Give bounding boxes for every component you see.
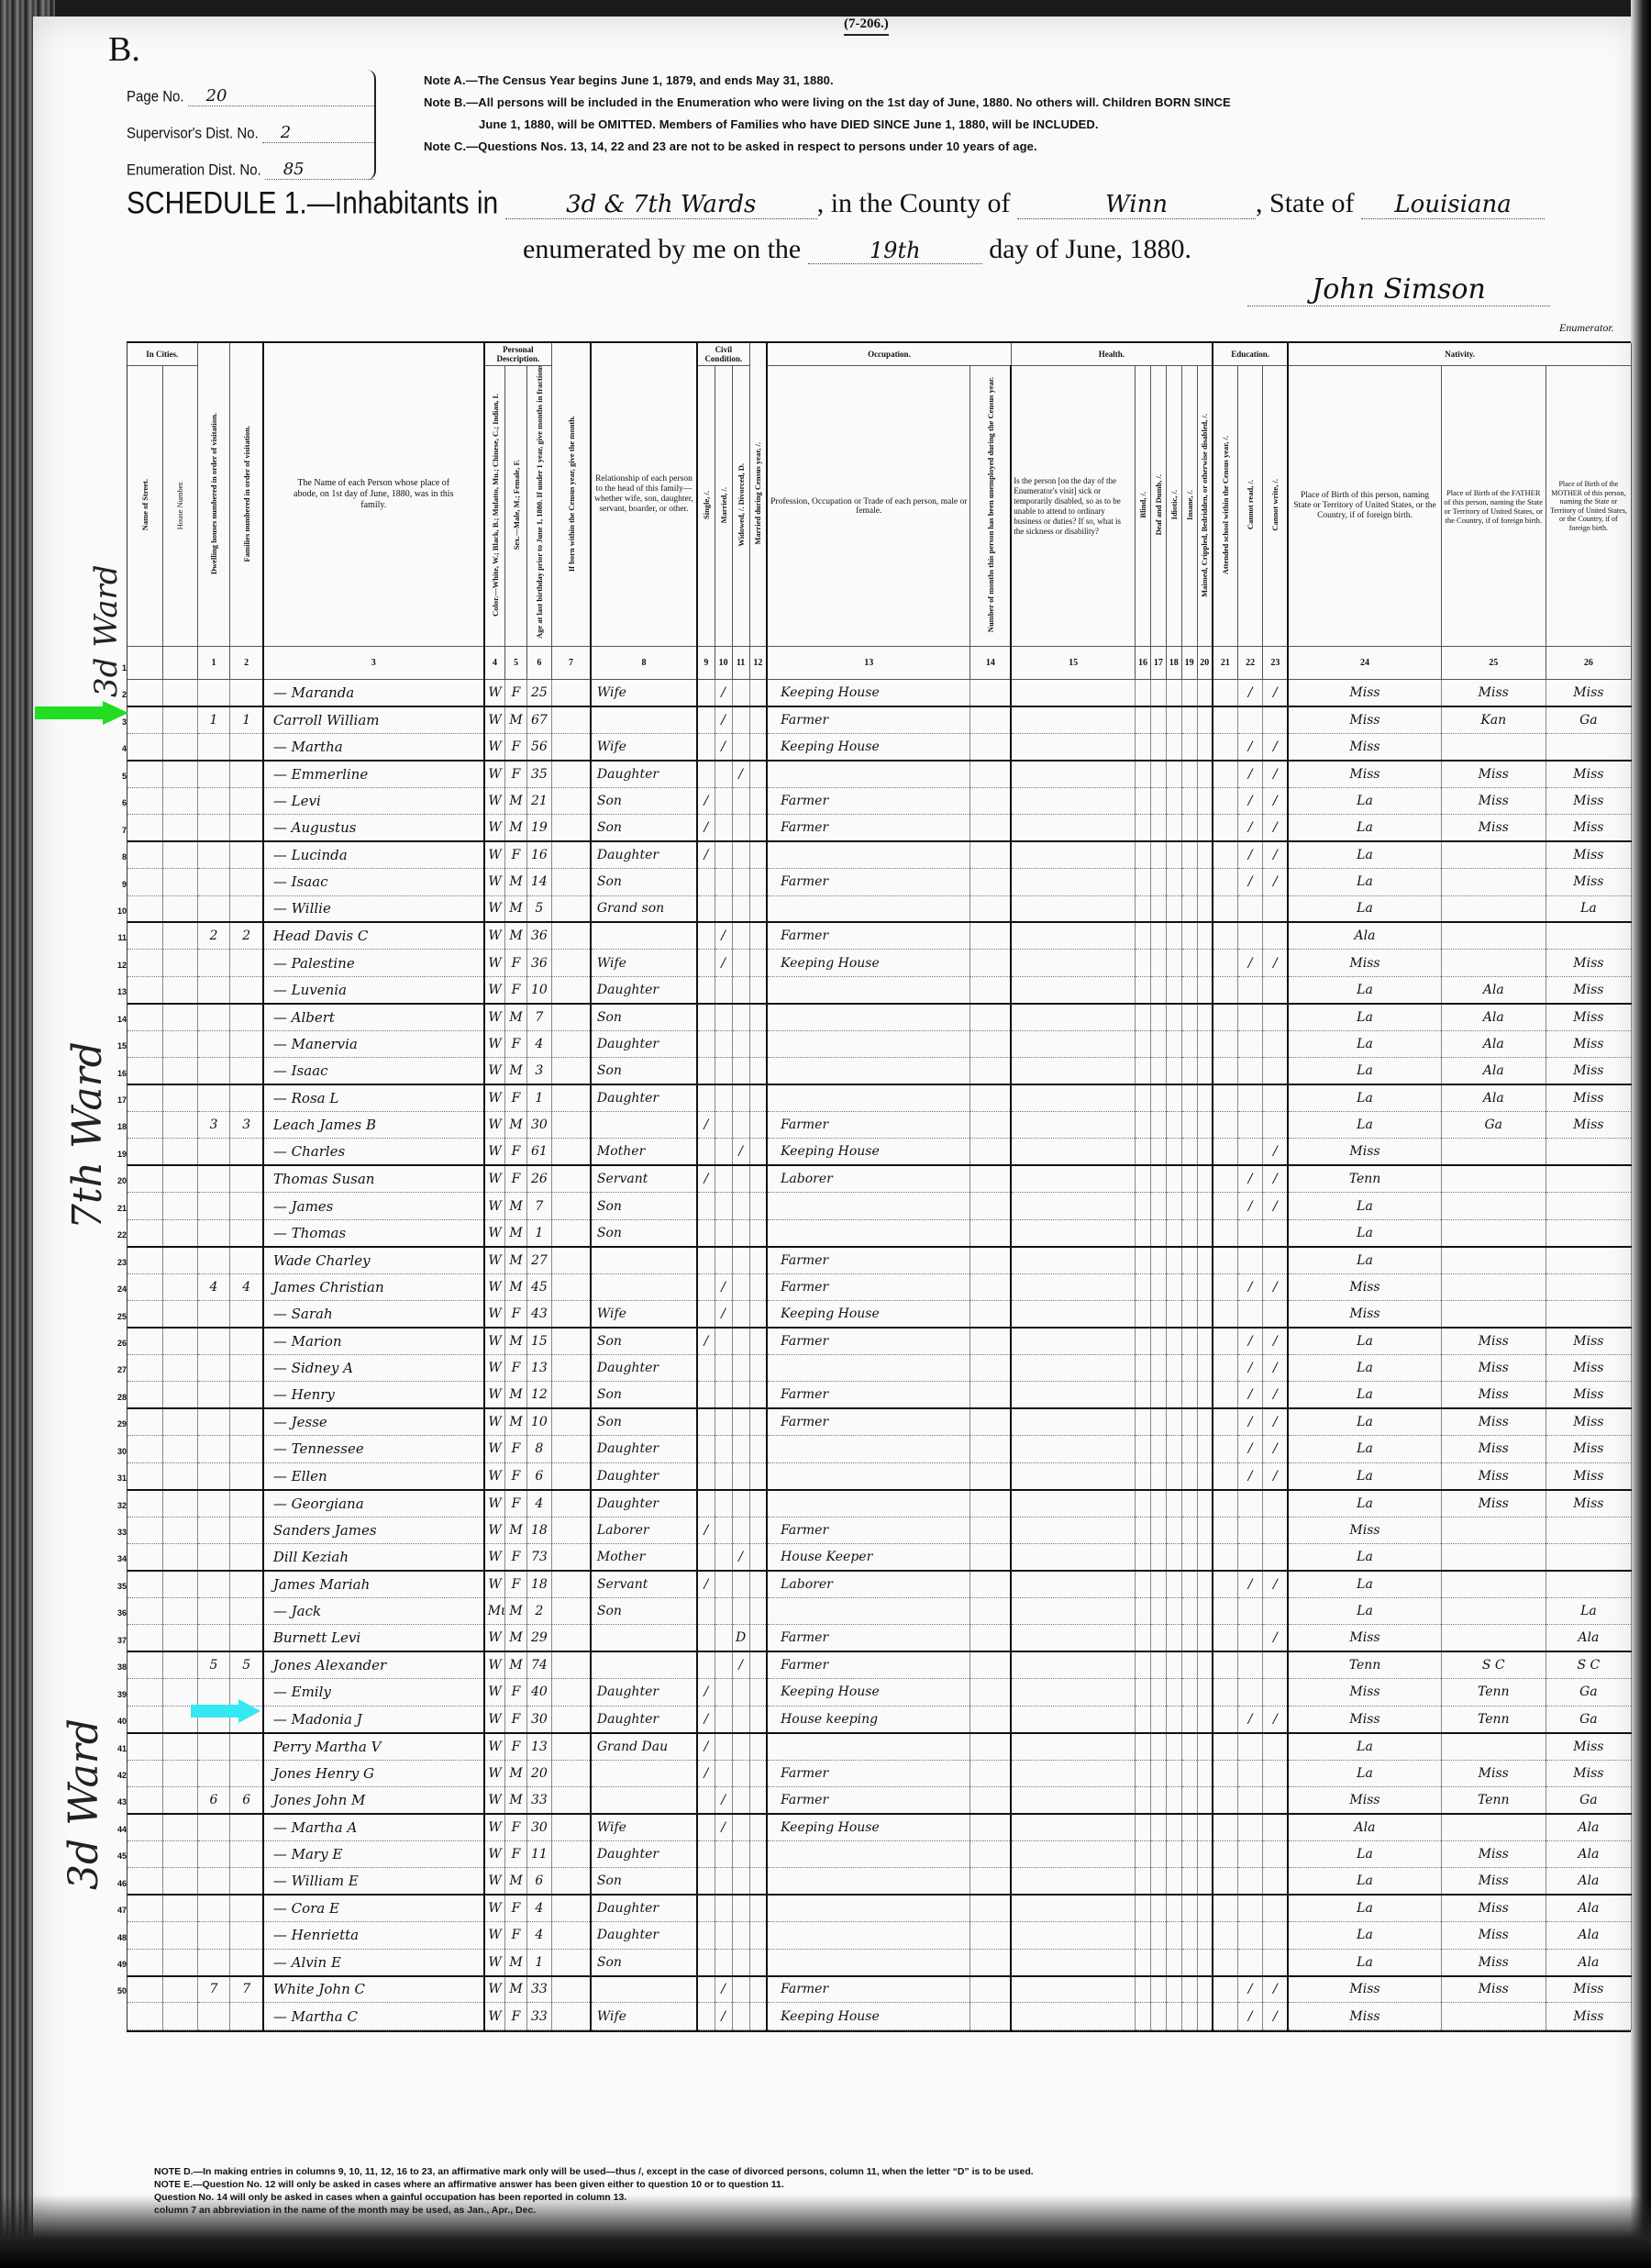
col-num: 5 (505, 647, 526, 680)
cell-rel (591, 1247, 697, 1273)
cell-house (162, 1030, 197, 1057)
col-num: 22 (1237, 647, 1262, 680)
cell-age: 61 (526, 1139, 551, 1165)
cell-read: / (1237, 815, 1262, 841)
cell-father: Tenn (1441, 1786, 1546, 1813)
cell-sex: M (505, 1112, 526, 1139)
cell-unemp (970, 1922, 1011, 1949)
cell-single (697, 1976, 715, 2003)
cell-mother: Miss (1546, 1490, 1631, 1517)
cell-name: — Isaac (263, 869, 484, 895)
cell-month (552, 1273, 591, 1300)
cell-mother: Ala (1546, 1625, 1631, 1651)
cell-insane (1181, 1436, 1197, 1462)
cell-birth: Miss (1288, 1301, 1441, 1328)
line-number: 32 (106, 1493, 127, 1519)
cell-school (1213, 1733, 1237, 1760)
cell-mother: Miss (1546, 1760, 1631, 1786)
cell-maimed (1197, 1382, 1213, 1408)
cell-sick (1011, 1976, 1135, 2003)
col-num: 18 (1166, 647, 1181, 680)
cell-sex: M (505, 1760, 526, 1786)
cell-father: Tenn (1441, 1679, 1546, 1706)
page-number-value: 20 (188, 88, 374, 106)
cell-dw (197, 1868, 230, 1895)
cell-street (127, 1733, 162, 1760)
cell-month (552, 1462, 591, 1489)
cell-write (1263, 1868, 1288, 1895)
cell-read: / (1237, 733, 1262, 760)
cell-mother: Ga (1546, 1679, 1631, 1706)
cell-read (1237, 1247, 1262, 1273)
margin-ward-3d-bottom: 3d Ward (61, 1718, 107, 1890)
cell-father: Miss (1441, 1976, 1546, 2003)
header-months-unemployed: Number of months this person has been un… (986, 377, 995, 632)
cell-sex: F (505, 1084, 526, 1111)
col-num: 7 (552, 647, 591, 680)
cell-married (715, 1679, 732, 1706)
cell-occ (767, 895, 970, 922)
cell-sick (1011, 1462, 1135, 1489)
cell-school (1213, 1219, 1237, 1246)
cell-name: James Mariah (263, 1571, 484, 1597)
cell-birth: La (1288, 787, 1441, 814)
cell-insane (1181, 922, 1197, 949)
cell-widowed (732, 1814, 749, 1840)
cell-sick (1011, 1354, 1135, 1381)
table-row: — ThomasWM1SonLa (127, 1219, 1632, 1246)
cell-house (162, 1786, 197, 1813)
line-number: 46 (106, 1871, 127, 1897)
cell-read (1237, 1004, 1262, 1030)
cell-color: W (484, 1030, 505, 1057)
cell-rel: Son (591, 1219, 697, 1246)
cell-school (1213, 950, 1237, 976)
cell-write: / (1263, 841, 1288, 868)
cell-house (162, 841, 197, 868)
cell-fam (230, 1868, 263, 1895)
cell-age: 16 (526, 841, 551, 868)
col-num: 3 (263, 647, 484, 680)
cell-single: / (697, 1679, 715, 1706)
cell-father (1441, 2003, 1546, 2029)
cell-street (127, 1139, 162, 1165)
cell-unemp (970, 1571, 1011, 1597)
cell-sick (1011, 1058, 1135, 1084)
cell-mcy (749, 1679, 767, 1706)
table-row: — WillieWM5Grand sonLaLa (127, 895, 1632, 922)
cell-rel: Servant (591, 1165, 697, 1192)
cell-color: W (484, 1922, 505, 1949)
cell-write (1263, 1895, 1288, 1921)
cell-mcy (749, 1651, 767, 1678)
cell-single (697, 1301, 715, 1328)
cell-street (127, 815, 162, 841)
cell-read (1237, 1625, 1262, 1651)
page-number-row: Page No. 20 (127, 88, 374, 125)
cell-sex: M (505, 1382, 526, 1408)
cell-dw (197, 1382, 230, 1408)
cell-rel (591, 1760, 697, 1786)
cell-insane (1181, 680, 1197, 706)
cell-dw: 2 (197, 922, 230, 949)
cell-widowed (732, 1084, 749, 1111)
cell-deaf (1150, 1328, 1166, 1354)
line-number: 24 (106, 1276, 127, 1303)
cell-mother (1546, 1571, 1631, 1597)
cell-occ: Farmer (767, 922, 970, 949)
cell-color: W (484, 733, 505, 760)
cell-age: 40 (526, 1679, 551, 1706)
cell-street (127, 1625, 162, 1651)
cell-color: W (484, 761, 505, 787)
cell-fam (230, 841, 263, 868)
cell-blind (1136, 895, 1151, 922)
cell-name: — Henry (263, 1382, 484, 1408)
line-number: 10 (106, 898, 127, 925)
cell-month (552, 841, 591, 868)
cell-unemp (970, 1625, 1011, 1651)
cell-month (552, 1058, 591, 1084)
cell-read: / (1237, 1706, 1262, 1732)
cell-insane (1181, 976, 1197, 1003)
cell-maimed (1197, 1193, 1213, 1219)
cell-sex: M (505, 1949, 526, 1975)
cell-blind (1136, 1139, 1151, 1165)
cell-fam (230, 1436, 263, 1462)
cell-insane (1181, 1922, 1197, 1949)
cell-age: 1 (526, 1219, 551, 1246)
cell-blind (1136, 1328, 1151, 1354)
cell-sex: F (505, 680, 526, 706)
cell-write (1263, 1112, 1288, 1139)
cell-maimed (1197, 1706, 1213, 1732)
cell-school (1213, 1328, 1237, 1354)
line-number: 13 (106, 979, 127, 1006)
cell-dw (197, 1165, 230, 1192)
cell-unemp (970, 1408, 1011, 1435)
cell-unemp (970, 680, 1011, 706)
table-row: 22Head Davis CWM36/FarmerAla (127, 922, 1632, 949)
cell-birth: La (1288, 869, 1441, 895)
cell-single (697, 761, 715, 787)
cell-school (1213, 1084, 1237, 1111)
cell-deaf (1150, 1625, 1166, 1651)
cell-mcy (749, 895, 767, 922)
cell-school (1213, 1895, 1237, 1921)
cell-occ: Farmer (767, 1382, 970, 1408)
table-row: Wade CharleyWM27FarmerLa (127, 1247, 1632, 1273)
cell-rel: Daughter (591, 1354, 697, 1381)
cell-mother: Ala (1546, 1922, 1631, 1949)
schedule-title: SCHEDULE 1.—Inhabitants in (127, 185, 498, 221)
cell-unemp (970, 1301, 1011, 1328)
cell-sick (1011, 706, 1135, 733)
cell-read (1237, 1058, 1262, 1084)
cell-unemp (970, 1949, 1011, 1975)
cell-insane (1181, 1219, 1197, 1246)
cell-school (1213, 1544, 1237, 1571)
cell-name: Perry Martha V (263, 1733, 484, 1760)
cell-school (1213, 1247, 1237, 1273)
cell-mother: Miss (1546, 1112, 1631, 1139)
cell-mother: Miss (1546, 761, 1631, 787)
cell-color: W (484, 1490, 505, 1517)
cell-occ (767, 976, 970, 1003)
cell-unemp (970, 1679, 1011, 1706)
cell-sex: M (505, 1058, 526, 1084)
cell-read: / (1237, 1408, 1262, 1435)
cell-insane (1181, 1030, 1197, 1057)
margin-ward-7th: 7th Ward (64, 1041, 111, 1229)
table-row: — JamesWM7Son//La (127, 1193, 1632, 1219)
cell-maimed (1197, 895, 1213, 922)
col-num: 13 (767, 647, 970, 680)
cell-maimed (1197, 1219, 1213, 1246)
cell-unemp (970, 1544, 1011, 1571)
cell-fam (230, 1247, 263, 1273)
header-cannot-write: Cannot write, /. (1270, 479, 1280, 531)
cell-deaf (1150, 1084, 1166, 1111)
cell-single (697, 1084, 715, 1111)
cell-sex: F (505, 1733, 526, 1760)
cell-birth: La (1288, 1571, 1441, 1597)
cell-unemp (970, 1840, 1011, 1867)
cell-blind (1136, 1517, 1151, 1543)
cell-mother (1546, 1301, 1631, 1328)
cell-school (1213, 1004, 1237, 1030)
cell-idiot (1166, 976, 1181, 1003)
cell-occ: Keeping House (767, 1814, 970, 1840)
cell-idiot (1166, 1408, 1181, 1435)
cell-month (552, 1436, 591, 1462)
cell-sick (1011, 1760, 1135, 1786)
cell-street (127, 1679, 162, 1706)
cell-school (1213, 1922, 1237, 1949)
cell-rel: Daughter (591, 1706, 697, 1732)
table-row: — MarionWM15Son/Farmer//LaMissMiss (127, 1328, 1632, 1354)
cell-color: W (484, 1733, 505, 1760)
cell-mcy (749, 841, 767, 868)
cell-age: 33 (526, 1786, 551, 1813)
cell-house (162, 895, 197, 922)
cell-write: / (1263, 1165, 1288, 1192)
cell-occ: Keeping House (767, 2003, 970, 2029)
cell-maimed (1197, 1139, 1213, 1165)
line-number: 45 (106, 1843, 127, 1870)
cell-street (127, 1382, 162, 1408)
cell-widowed (732, 1733, 749, 1760)
cell-birth: La (1288, 1840, 1441, 1867)
cell-street (127, 1490, 162, 1517)
cell-blind (1136, 1786, 1151, 1813)
cell-occ (767, 1949, 970, 1975)
cell-occ: Farmer (767, 1408, 970, 1435)
cell-fam: 4 (230, 1273, 263, 1300)
cell-age: 25 (526, 680, 551, 706)
cell-birth: La (1288, 1112, 1441, 1139)
cell-idiot (1166, 1868, 1181, 1895)
col-num: 19 (1181, 647, 1197, 680)
cell-school (1213, 1193, 1237, 1219)
cell-write (1263, 1030, 1288, 1057)
cell-widowed (732, 1490, 749, 1517)
cell-rel (591, 1976, 697, 2003)
cell-house (162, 950, 197, 976)
line-number: 35 (106, 1573, 127, 1600)
date-suffix: day of June, 1880. (989, 234, 1191, 264)
cell-blind (1136, 1976, 1151, 2003)
cell-sick (1011, 1679, 1135, 1706)
cell-married (715, 1490, 732, 1517)
cell-age: 45 (526, 1273, 551, 1300)
cell-street (127, 1597, 162, 1624)
cell-age: 1 (526, 1949, 551, 1975)
cell-widowed (732, 1004, 749, 1030)
cell-dw (197, 1084, 230, 1111)
cell-blind (1136, 1354, 1151, 1381)
cell-age: 21 (526, 787, 551, 814)
cell-rel: Grand Dau (591, 1733, 697, 1760)
cell-read (1237, 1597, 1262, 1624)
cell-fam (230, 1219, 263, 1246)
cell-sex: M (505, 1408, 526, 1435)
cell-rel: Daughter (591, 1030, 697, 1057)
cell-color: W (484, 1408, 505, 1435)
table-row: — EmilyWF40Daughter/Keeping HouseMissTen… (127, 1679, 1632, 1706)
cell-sex: M (505, 869, 526, 895)
cell-dw (197, 1193, 230, 1219)
cell-insane (1181, 761, 1197, 787)
cell-mother: Ala (1546, 1868, 1631, 1895)
cell-rel (591, 1273, 697, 1300)
cell-idiot (1166, 2003, 1181, 2029)
cell-sex: M (505, 1273, 526, 1300)
cell-street (127, 1436, 162, 1462)
table-row: — EllenWF6Daughter//LaMissMiss (127, 1462, 1632, 1489)
line-number: 5 (106, 763, 127, 790)
cell-mother (1546, 1139, 1631, 1165)
cell-father (1441, 1273, 1546, 1300)
cell-widowed (732, 2003, 749, 2029)
cell-house (162, 869, 197, 895)
cell-widowed (732, 1354, 749, 1381)
cell-color: W (484, 680, 505, 706)
cell-unemp (970, 1733, 1011, 1760)
cell-unemp (970, 1165, 1011, 1192)
cell-dw (197, 1895, 230, 1921)
cell-father: Miss (1441, 1490, 1546, 1517)
cell-house (162, 1922, 197, 1949)
cell-read (1237, 1786, 1262, 1813)
col-num: 23 (1263, 647, 1288, 680)
cell-married (715, 869, 732, 895)
cell-month (552, 1490, 591, 1517)
line-number: 43 (106, 1789, 127, 1816)
cell-married: / (715, 1786, 732, 1813)
cell-school (1213, 1462, 1237, 1489)
cell-dw (197, 1462, 230, 1489)
cell-color: W (484, 1786, 505, 1813)
table-row: Sanders JamesWM18Laborer/FarmerMiss (127, 1517, 1632, 1543)
cell-occ: Farmer (767, 787, 970, 814)
cell-maimed (1197, 1112, 1213, 1139)
cell-read (1237, 895, 1262, 922)
cell-mother: Miss (1546, 815, 1631, 841)
table-row: — Rosa LWF1DaughterLaAlaMiss (127, 1084, 1632, 1111)
cell-write (1263, 895, 1288, 922)
cell-sex: F (505, 1895, 526, 1921)
cell-birth: La (1288, 815, 1441, 841)
state-label: , State of (1256, 188, 1354, 218)
cell-widowed (732, 976, 749, 1003)
cell-school (1213, 1976, 1237, 2003)
cell-rel: Wife (591, 733, 697, 760)
cell-insane (1181, 1625, 1197, 1651)
cell-birth: Miss (1288, 1273, 1441, 1300)
cell-married: / (715, 1976, 732, 2003)
cell-father: Miss (1441, 761, 1546, 787)
table-row: — TennesseeWF8Daughter//LaMissMiss (127, 1436, 1632, 1462)
cell-occ: Keeping House (767, 1139, 970, 1165)
cell-widowed (732, 1328, 749, 1354)
cell-mcy (749, 1733, 767, 1760)
table-row: 55Jones AlexanderWM74/FarmerTennS CS C (127, 1651, 1632, 1678)
cell-name: Jones John M (263, 1786, 484, 1813)
cell-occ (767, 1058, 970, 1084)
cell-birth: La (1288, 1597, 1441, 1624)
cell-rel: Daughter (591, 1436, 697, 1462)
cell-age: 13 (526, 1354, 551, 1381)
cell-single (697, 1004, 715, 1030)
cell-house (162, 1004, 197, 1030)
cell-father (1441, 841, 1546, 868)
cell-dw (197, 1490, 230, 1517)
cell-house (162, 1597, 197, 1624)
cell-insane (1181, 815, 1197, 841)
cell-maimed (1197, 1760, 1213, 1786)
cell-maimed (1197, 1949, 1213, 1975)
cell-dw: 4 (197, 1273, 230, 1300)
cell-insane (1181, 1382, 1197, 1408)
line-number: 48 (106, 1925, 127, 1951)
cell-read (1237, 1895, 1262, 1921)
cell-fam: 7 (230, 1976, 263, 2003)
col-num: 21 (1213, 647, 1237, 680)
cell-occ: Farmer (767, 1112, 970, 1139)
cell-insane (1181, 787, 1197, 814)
cell-widowed (732, 1462, 749, 1489)
cell-street (127, 680, 162, 706)
cell-married (715, 1139, 732, 1165)
cell-month (552, 1139, 591, 1165)
cell-month (552, 680, 591, 706)
cell-unemp (970, 1895, 1011, 1921)
cell-age: 74 (526, 1651, 551, 1678)
cell-write: / (1263, 1462, 1288, 1489)
cell-rel: Daughter (591, 761, 697, 787)
cell-fam (230, 1004, 263, 1030)
cell-insane (1181, 1814, 1197, 1840)
cell-read (1237, 1544, 1262, 1571)
cell-married (715, 1733, 732, 1760)
enumerated-label: enumerated by me on the (523, 234, 801, 264)
cell-sex: F (505, 1490, 526, 1517)
table-row: — EmmerlineWF35Daughter///MissMissMiss (127, 761, 1632, 787)
cell-read: / (1237, 1273, 1262, 1300)
cell-insane (1181, 1354, 1197, 1381)
table-row: — Martha AWF30Wife/Keeping HouseAlaAla (127, 1814, 1632, 1840)
